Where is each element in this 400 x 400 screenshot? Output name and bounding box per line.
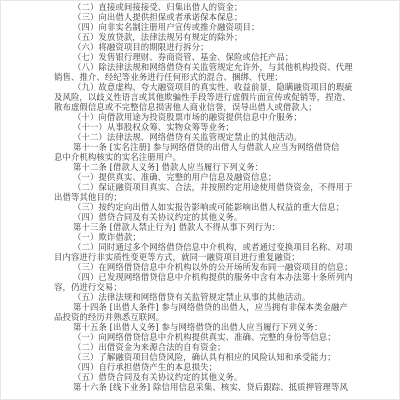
- text-line: （一）欺诈借款；: [54, 232, 374, 242]
- text-line: 第十二条 [借款人义务] 借款人应当履行下列义务：: [54, 162, 374, 172]
- text-line: （三）在网络借贷信息中介机构以外的公开场所发布同一融资项目的信息；: [54, 262, 374, 272]
- text-line: 容，仍进行交易；: [54, 282, 374, 292]
- text-line: 目内容进行非实质性变更等方式，就同一融资项目进行重复融资；: [54, 252, 374, 262]
- text-line: （二）保证融资项目真实、合法，并按照约定用途使用借贷资金，不得用于: [54, 182, 374, 192]
- text-line: （四）向非实名制注册用户宣传或推介融资项目；: [54, 22, 374, 32]
- text-line: （六）将融资项目的期限进行拆分；: [54, 42, 374, 52]
- document-text-block: （二）直接或间接接受、归集出借人的资金；（三）向出借人提供担保或者承诺保本保息；…: [54, 2, 374, 392]
- text-line: 销售、推介、经纪等业务进行任何形式的混合、捆绑、代理；: [54, 72, 374, 82]
- text-line: （二）同时通过多个网络借贷信息中介机构，或者通过变换项目名称、对项: [54, 242, 374, 252]
- text-line: （四）自行承担借贷产生的本息损失；: [54, 362, 374, 372]
- document-page: （二）直接或间接接受、归集出借人的资金；（三）向出借人提供担保或者承诺保本保息；…: [0, 0, 400, 400]
- text-line: 息中介机构核实的实名注册用户。: [54, 152, 374, 162]
- text-line: 第十五条 [出借人义务] 参与网络借贷的出借人应当履行下列义务：: [54, 322, 374, 332]
- text-line: 及风险，以歧义性语言或其他欺骗性手段等进行虚假片面宣传或促销等，捏造、: [54, 92, 374, 102]
- text-line: （九）故意虚构、夸大融资项目的真实性、收益前景，隐瞒融资项目的瑕疵: [54, 82, 374, 92]
- text-line: （二）出借资金为来源合法的自有资金；: [54, 342, 374, 352]
- text-line: （十）向借款用途为投资股票市场的融资提供信息中介服务；: [54, 112, 374, 122]
- text-line: 第十六条 [线下业务] 除信用信息采集、核实、贷后跟踪、抵质押管理等风: [54, 382, 374, 392]
- text-line: （一）向网络借贷信息中介机构提供真实、准确、完整的身份等信息；: [54, 332, 374, 342]
- text-line: （十一）从事股权众筹、实物众筹等业务；: [54, 122, 374, 132]
- text-line: （七）发售银行理财、券商资管、基金、保险或信托产品；: [54, 52, 374, 62]
- text-line: 散布虚假信息或不完整信息损害他人商业信誉，误导出借人或借款人；: [54, 102, 374, 112]
- text-line: （四）借贷合同及有关协议约定的其他义务。: [54, 212, 374, 222]
- text-line: 出借等其他目的；: [54, 192, 374, 202]
- text-line: 第十四条 [出借人条件] 参与网络借贷的出借人，应当拥有非保本类金融产: [54, 302, 374, 312]
- text-line: 第十一条 [实名注册] 参与网络借贷的出借人与借款人应当为网络借贷信: [54, 142, 374, 152]
- text-line: （三）按约定向出借人如实报告影响或可能影响出借人权益的重大信息；: [54, 202, 374, 212]
- text-line: （五）法律法规和网络借贷有关监管规定禁止从事的其他活动。: [54, 292, 374, 302]
- text-line: （二）直接或间接接受、归集出借人的资金；: [54, 2, 374, 12]
- text-line: （五）发放贷款，法律法规另有规定的除外；: [54, 32, 374, 42]
- text-line: （八）除法律法规和网络借贷有关监管规定允许外，与其他机构投资、代理: [54, 62, 374, 72]
- text-line: （三）了解融资项目信贷风险，确认具有相应的风险认知和承受能力；: [54, 352, 374, 362]
- text-line: （十二）法律法规、网络借贷有关监管规定禁止的其他活动。: [54, 132, 374, 142]
- text-line: （一）提供真实、准确、完整的用户信息及融资信息；: [54, 172, 374, 182]
- text-line: 品投资的经历并熟悉互联网。: [54, 312, 374, 322]
- text-line: （四）已发现网络借贷信息中介机构提供的服务中含有本办法第十条所列内: [54, 272, 374, 282]
- text-line: （五）借贷合同及有关协议约定的其他义务。: [54, 372, 374, 382]
- text-line: 第十三条 [借款人禁止行为] 借款人不得从事下列行为：: [54, 222, 374, 232]
- text-line: （三）向出借人提供担保或者承诺保本保息；: [54, 12, 374, 22]
